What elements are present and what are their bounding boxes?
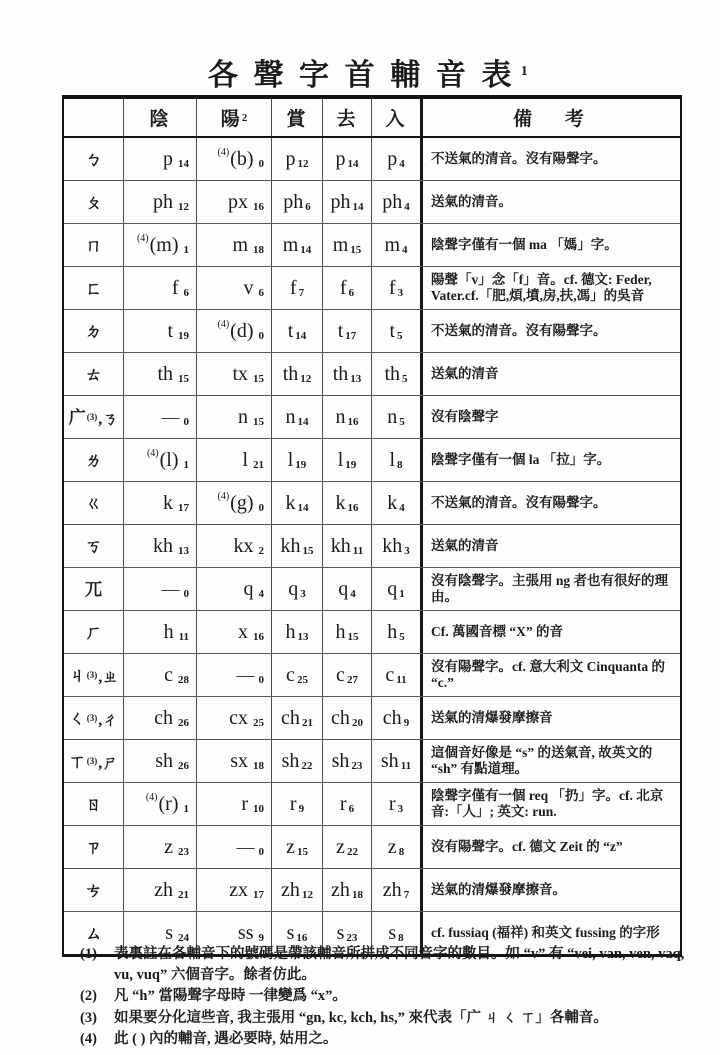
ru-tone-cell: n5	[372, 396, 423, 438]
count-subscript: 15	[253, 374, 264, 385]
symbol-cell: ㄊ	[64, 353, 124, 395]
qu-tone-cell: q4	[323, 568, 372, 610]
qu-tone-cell: zh18	[323, 869, 372, 911]
zhuyin-symbol: ㄅ	[85, 151, 102, 168]
shang-tone-cell: th12	[272, 353, 323, 395]
consonant-value: ch	[383, 708, 402, 728]
zhuyin-symbol-alt: ,ㄋ	[98, 406, 118, 429]
count-subscript: 14	[348, 159, 359, 170]
consonant-value: sh	[381, 751, 399, 771]
consonant-value: n	[336, 407, 346, 427]
consonant-value: m	[333, 235, 349, 255]
shang-tone-cell: z15	[272, 826, 323, 868]
qu-tone-cell: ph14	[323, 181, 372, 223]
consonant-value: z	[286, 837, 295, 857]
zhuyin-symbol: ㄇ	[85, 237, 102, 254]
consonant-value: r	[241, 794, 248, 814]
count-subscript: 6	[349, 804, 355, 815]
zhuyin-symbol-alt: ,ㄓ	[98, 664, 118, 687]
qu-tone-cell: f6	[323, 267, 372, 309]
shang-tone-cell: p12	[272, 138, 323, 180]
count-subscript: 24	[178, 933, 189, 944]
shang-tone-cell: sh22	[272, 740, 323, 782]
table-body: ㄅp14(4)(b)0p12p14p4不送氣的清音。沒有陽聲字。ㄆph12px1…	[64, 138, 680, 954]
count-subscript: 17	[253, 890, 264, 901]
consonant-value: n	[387, 407, 397, 427]
count-subscript: 22	[301, 761, 312, 772]
symbol-cell: ㄎ	[64, 525, 124, 567]
consonant-value: h	[286, 622, 296, 642]
qu-tone-cell: t17	[323, 310, 372, 352]
footnotes: (1)表裏註在各輔音下的號碼是帶該輔音所拼成不同音字的數目。如 “v” 有 “v…	[80, 944, 690, 1051]
count-subscript: 16	[348, 503, 359, 514]
shang-tone-cell: zh12	[272, 869, 323, 911]
consonant-value: kh	[281, 536, 301, 556]
shang-tone-cell: h13	[272, 611, 323, 653]
count-subscript: 16	[296, 933, 307, 944]
count-subscript: 16	[253, 632, 264, 643]
yin-tone-cell: —0	[124, 396, 197, 438]
consonant-value: k	[286, 493, 296, 513]
ru-tone-cell: kh3	[372, 525, 423, 567]
shang-tone-cell: m14	[272, 224, 323, 266]
consonant-value: t	[167, 321, 173, 341]
remark-text: 送氣的清爆發摩擦音	[431, 710, 553, 726]
count-subscript: 3	[398, 288, 404, 299]
yin-tone-cell: p14	[124, 138, 197, 180]
header-qu-tone: 去	[323, 99, 372, 136]
remark-text: 送氣的清音。	[431, 194, 512, 210]
footnote-ref-superscript: (3)	[87, 756, 98, 766]
count-subscript: 6	[184, 288, 190, 299]
yang-tone-cell: v6	[197, 267, 272, 309]
ru-tone-cell: z8	[372, 826, 423, 868]
count-subscript: 15	[348, 632, 359, 643]
zhuyin-symbol: ㄒ	[69, 753, 86, 770]
remark-text: 送氣的清音	[431, 366, 499, 382]
page-title-text: 各聲字首輔音表	[208, 59, 527, 92]
qu-tone-cell: h15	[323, 611, 372, 653]
footnote-ref-superscript: (4)	[147, 449, 159, 459]
remark-cell: 送氣的清音	[423, 353, 680, 395]
footnote-ref-superscript: (3)	[87, 713, 98, 723]
yang-tone-cell: x16	[197, 611, 272, 653]
count-subscript: 14	[300, 245, 311, 256]
yin-tone-cell: (4)(l)1	[124, 439, 197, 481]
footnote-ref-superscript: (4)	[146, 793, 158, 803]
shang-tone-cell: kh15	[272, 525, 323, 567]
footnote: (3)如果要分化這些音, 我主張用 “gn, kc, kch, hs,” 來代表…	[80, 1008, 690, 1029]
symbol-cell: ㄘ	[64, 869, 124, 911]
symbol-cell: ㄅ	[64, 138, 124, 180]
count-subscript: 4	[350, 589, 356, 600]
count-subscript: 23	[351, 761, 362, 772]
count-subscript: 28	[178, 675, 189, 686]
consonant-value: q	[387, 579, 397, 599]
count-subscript: 10	[253, 804, 264, 815]
remark-text: 陰聲字僅有一個 ma 「媽」字。	[431, 237, 618, 253]
zhuyin-symbol: 广	[69, 409, 86, 426]
yang-tone-cell: sx18	[197, 740, 272, 782]
ru-tone-cell: ph4	[372, 181, 423, 223]
remark-text: 不送氣的清音。沒有陽聲字。	[431, 151, 607, 167]
qu-tone-cell: k16	[323, 482, 372, 524]
symbol-cell: ㄉ	[64, 310, 124, 352]
remark-cell: 不送氣的清音。沒有陽聲字。	[423, 310, 680, 352]
yin-tone-cell: kh13	[124, 525, 197, 567]
consonant-value: f	[290, 278, 297, 298]
symbol-cell: ㄫ	[64, 568, 124, 610]
consonant-value: h	[336, 622, 346, 642]
count-subscript: 17	[178, 503, 189, 514]
footnote-ref-superscript: (3)	[87, 670, 98, 680]
table-row: ㄉt19(4)(d)0t14t17t5不送氣的清音。沒有陽聲字。	[64, 310, 680, 353]
zhuyin-symbol: ㄉ	[85, 323, 102, 340]
table-row: ㄑ(3),ㄔch26cx25ch21ch20ch9送氣的清爆發摩擦音	[64, 697, 680, 740]
zhuyin-symbol: ㄆ	[85, 194, 102, 211]
zhuyin-symbol: ㄈ	[85, 280, 102, 297]
remark-cell: 沒有陰聲字。主張用 ng 者也有很好的理由。	[423, 568, 680, 610]
consonant-value: r	[389, 794, 396, 814]
symbol-cell: ㄌ	[64, 439, 124, 481]
footnote: (4)此 ( ) 內的輔音, 遇必要時, 姑用之。	[80, 1029, 690, 1050]
consonant-value: ch	[281, 708, 300, 728]
yang-tone-cell: n15	[197, 396, 272, 438]
consonant-value: z	[164, 837, 173, 857]
count-subscript: 3	[398, 804, 404, 815]
zhuyin-symbol: ㄫ	[85, 581, 102, 598]
consonant-value: ph	[331, 192, 351, 212]
yin-tone-cell: zh21	[124, 869, 197, 911]
header-yin-tone: 陰	[124, 99, 197, 136]
yin-tone-cell: ph12	[124, 181, 197, 223]
consonant-value: q	[338, 579, 348, 599]
count-subscript: 15	[297, 847, 308, 858]
consonant-value: r	[290, 794, 297, 814]
ru-tone-cell: h5	[372, 611, 423, 653]
count-subscript: 4	[404, 202, 410, 213]
count-subscript: 22	[347, 847, 358, 858]
consonant-value: f	[389, 278, 396, 298]
remark-cell: 陰聲字僅有一個 req 「扔」字。cf. 北京音:「人」; 英文: run.	[423, 783, 680, 825]
footnote-marker: (1)	[80, 944, 114, 985]
footnote-marker: (3)	[80, 1008, 114, 1029]
consonant-value: —	[237, 666, 254, 684]
consonant-value: z	[336, 837, 345, 857]
zhuyin-symbol: ㄌ	[85, 452, 102, 469]
count-subscript: 14	[298, 503, 309, 514]
zhuyin-symbol: ㄙ	[85, 925, 102, 942]
shang-tone-cell: f7	[272, 267, 323, 309]
symbol-cell: ㄍ	[64, 482, 124, 524]
count-subscript: 26	[178, 718, 189, 729]
consonant-value: (l)	[160, 450, 179, 470]
table-row: ㄌ(4)(l)1l21l19l19l8陰聲字僅有一個 la 「拉」字。	[64, 439, 680, 482]
consonant-value: —	[162, 580, 179, 598]
ru-tone-cell: p4	[372, 138, 423, 180]
consonant-value: k	[163, 493, 173, 513]
consonant-value: sx	[230, 751, 248, 771]
qu-tone-cell: p14	[323, 138, 372, 180]
consonant-value: kh	[382, 536, 402, 556]
consonant-value: th	[333, 364, 349, 384]
consonant-value: ph	[283, 192, 303, 212]
footnote-text: 凡 “h” 當陽聲字母時 一律變爲 “x”。	[114, 986, 690, 1007]
count-subscript: 18	[352, 890, 363, 901]
remark-cell: 送氣的清爆發摩擦音。	[423, 869, 680, 911]
table-row: 广(3),ㄋ—0n15n14n16n5沒有陰聲字	[64, 396, 680, 439]
ru-tone-cell: t5	[372, 310, 423, 352]
count-subscript: 16	[348, 417, 359, 428]
consonant-value: (b)	[230, 149, 253, 169]
count-subscript: 3	[300, 589, 306, 600]
remark-cell: 陰聲字僅有一個 la 「拉」字。	[423, 439, 680, 481]
remark-text: Cf. 萬國音標 “X” 的音	[431, 624, 563, 640]
count-subscript: 0	[259, 847, 265, 858]
consonant-value: l	[242, 450, 248, 470]
consonant-value: p	[286, 149, 296, 169]
count-subscript: 6	[259, 288, 265, 299]
count-subscript: 6	[305, 202, 311, 213]
count-subscript: 13	[298, 632, 309, 643]
table-row: ㄈf6v6f7f6f3陽聲「v」念「f」音。cf. 德文: Feder, Vat…	[64, 267, 680, 310]
count-subscript: 20	[352, 718, 363, 729]
count-subscript: 8	[399, 847, 405, 858]
footnote-text: 表裏註在各輔音下的號碼是帶該輔音所拼成不同音字的數目。如 “v” 有 “vei,…	[114, 944, 690, 985]
ru-tone-cell: r3	[372, 783, 423, 825]
ru-tone-cell: ch9	[372, 697, 423, 739]
symbol-cell: ㄐ(3),ㄓ	[64, 654, 124, 696]
ru-tone-cell: q1	[372, 568, 423, 610]
consonant-value: s	[165, 923, 173, 943]
yin-tone-cell: ch26	[124, 697, 197, 739]
table-row: ㄅp14(4)(b)0p12p14p4不送氣的清音。沒有陽聲字。	[64, 138, 680, 181]
count-subscript: 4	[402, 245, 408, 256]
count-subscript: 1	[184, 245, 190, 256]
remark-cell: 沒有陽聲字。cf. 意大利文 Cinquanta 的 “c.”	[423, 654, 680, 696]
count-subscript: 2	[259, 546, 265, 557]
consonant-value: zh	[154, 880, 173, 900]
header-yang-tone: 陽2	[197, 99, 272, 136]
consonant-value: (r)	[159, 794, 179, 814]
consonant-value: k	[387, 493, 397, 513]
header-yang-label: 陽	[221, 104, 242, 131]
yang-tone-cell: tx15	[197, 353, 272, 395]
zhuyin-symbol-alt: ,ㄕ	[98, 750, 118, 773]
count-subscript: 16	[253, 202, 264, 213]
shang-tone-cell: ch21	[272, 697, 323, 739]
count-subscript: 19	[345, 460, 356, 471]
consonant-value: l	[338, 450, 344, 470]
ru-tone-cell: th5	[372, 353, 423, 395]
consonant-value: f	[340, 278, 347, 298]
remark-text: 送氣的清爆發摩擦音。	[431, 882, 566, 898]
count-subscript: 0	[259, 331, 265, 342]
footnote-ref-superscript: (4)	[218, 148, 230, 158]
table-row: ㄘzh21zx17zh12zh18zh7送氣的清爆發摩擦音。	[64, 869, 680, 912]
header-qu-label: 去	[336, 104, 357, 131]
consonant-value: (g)	[230, 493, 253, 513]
qu-tone-cell: kh11	[323, 525, 372, 567]
yin-tone-cell: t19	[124, 310, 197, 352]
footnote: (1)表裏註在各輔音下的號碼是帶該輔音所拼成不同音字的數目。如 “v” 有 “v…	[80, 944, 690, 985]
table-row: ㄍk17(4)(g)0k14k16k4不送氣的清音。沒有陽聲字。	[64, 482, 680, 525]
count-subscript: 12	[300, 374, 311, 385]
zhuyin-symbol: ㄐ	[69, 667, 86, 684]
qu-tone-cell: sh23	[323, 740, 372, 782]
yin-tone-cell: z23	[124, 826, 197, 868]
header-yang-footnote-marker: 2	[242, 112, 248, 124]
yang-tone-cell: r10	[197, 783, 272, 825]
count-subscript: 14	[353, 202, 364, 213]
remark-cell: 陰聲字僅有一個 ma 「媽」字。	[423, 224, 680, 266]
footnote-ref-superscript: (4)	[137, 234, 149, 244]
scanned-document-page: 各聲字首輔音表1 陰 陽2 賞 去 入 備 考 ㄅp14(4)(b)0p12p1…	[0, 0, 720, 1055]
consonant-value: sh	[332, 751, 350, 771]
remark-text: 陰聲字僅有一個 req 「扔」字。cf. 北京音:「人」; 英文: run.	[431, 788, 674, 820]
table-header-row: 陰 陽2 賞 去 入 備 考	[64, 99, 680, 138]
count-subscript: 11	[179, 632, 189, 643]
zhuyin-symbol-alt: ,ㄔ	[98, 707, 118, 730]
yang-tone-cell: —0	[197, 654, 272, 696]
count-subscript: 11	[353, 546, 363, 557]
consonant-value: v	[244, 278, 254, 298]
yin-tone-cell: (4)(m)1	[124, 224, 197, 266]
ru-tone-cell: f3	[372, 267, 423, 309]
shang-tone-cell: c25	[272, 654, 323, 696]
count-subscript: 0	[184, 589, 190, 600]
page-title: 各聲字首輔音表1	[0, 50, 720, 94]
remark-text: 不送氣的清音。沒有陽聲字。	[431, 323, 607, 339]
count-subscript: 21	[302, 718, 313, 729]
shang-tone-cell: n14	[272, 396, 323, 438]
header-yin-label: 陰	[149, 104, 170, 131]
consonant-value: s	[287, 923, 295, 943]
shang-tone-cell: ph6	[272, 181, 323, 223]
consonant-value: cx	[229, 708, 248, 728]
qu-tone-cell: r6	[323, 783, 372, 825]
symbol-cell: ㄒ(3),ㄕ	[64, 740, 124, 782]
count-subscript: 9	[299, 804, 305, 815]
yin-tone-cell: th15	[124, 353, 197, 395]
consonant-value: ss	[238, 923, 254, 943]
count-subscript: 7	[404, 890, 410, 901]
count-subscript: 3	[404, 546, 410, 557]
footnote-ref-superscript: (3)	[87, 412, 98, 422]
ru-tone-cell: k4	[372, 482, 423, 524]
count-subscript: 14	[178, 159, 189, 170]
yin-tone-cell: f6	[124, 267, 197, 309]
count-subscript: 27	[347, 675, 358, 686]
remark-cell: Cf. 萬國音標 “X” 的音	[423, 611, 680, 653]
ru-tone-cell: m4	[372, 224, 423, 266]
qu-tone-cell: z22	[323, 826, 372, 868]
header-symbol	[64, 99, 124, 136]
consonant-value: kh	[331, 536, 351, 556]
yang-tone-cell: —0	[197, 826, 272, 868]
footnote-marker: (4)	[80, 1029, 114, 1050]
consonant-value: s	[337, 923, 345, 943]
count-subscript: 6	[349, 288, 355, 299]
consonant-value: ph	[153, 192, 173, 212]
consonant-value: z	[388, 837, 397, 857]
count-subscript: 23	[346, 933, 357, 944]
consonant-table: 陰 陽2 賞 去 入 備 考 ㄅp14(4)(b)0p12p14p4不送氣的清音…	[62, 95, 682, 957]
consonant-value: m	[283, 235, 299, 255]
count-subscript: 23	[178, 847, 189, 858]
symbol-cell: ㄗ	[64, 826, 124, 868]
count-subscript: 12	[302, 890, 313, 901]
consonant-value: kh	[153, 536, 173, 556]
consonant-value: tx	[232, 364, 248, 384]
remark-text: 沒有陰聲字。主張用 ng 者也有很好的理由。	[431, 573, 674, 605]
remark-text: 沒有陽聲字。cf. 意大利文 Cinquanta 的 “c.”	[431, 659, 674, 691]
remark-cell: 沒有陰聲字	[423, 396, 680, 438]
remark-cell: 沒有陽聲字。cf. 德文 Zeit 的 “z”	[423, 826, 680, 868]
zhuyin-symbol: ㄎ	[85, 538, 102, 555]
remark-text: 沒有陽聲字。cf. 德文 Zeit 的 “z”	[431, 839, 623, 855]
qu-tone-cell: c27	[323, 654, 372, 696]
count-subscript: 0	[259, 503, 265, 514]
consonant-value: p	[387, 149, 397, 169]
symbol-cell: ㄖ	[64, 783, 124, 825]
ru-tone-cell: l8	[372, 439, 423, 481]
consonant-value: ph	[382, 192, 402, 212]
consonant-value: f	[172, 278, 179, 298]
remark-text: cf. fussiaq (福祥) 和英文 fussing 的字形	[431, 925, 660, 941]
yin-tone-cell: c28	[124, 654, 197, 696]
count-subscript: 14	[295, 331, 306, 342]
count-subscript: 15	[303, 546, 314, 557]
consonant-value: n	[238, 407, 248, 427]
consonant-value: l	[288, 450, 294, 470]
table-row: ㄖ(4)(r)1r10r9r6r3陰聲字僅有一個 req 「扔」字。cf. 北京…	[64, 783, 680, 826]
yin-tone-cell: (4)(r)1	[124, 783, 197, 825]
zhuyin-symbol: ㄊ	[85, 366, 102, 383]
zhuyin-symbol: ㄏ	[85, 624, 102, 641]
count-subscript: 13	[350, 374, 361, 385]
consonant-value: ch	[331, 708, 350, 728]
count-subscript: 11	[396, 675, 406, 686]
yin-tone-cell: h11	[124, 611, 197, 653]
count-subscript: 26	[178, 761, 189, 772]
yin-tone-cell: k17	[124, 482, 197, 524]
qu-tone-cell: th13	[323, 353, 372, 395]
footnote-text: 如果要分化這些音, 我主張用 “gn, kc, kch, hs,” 來代表「广 …	[114, 1008, 690, 1029]
consonant-value: p	[336, 149, 346, 169]
yang-tone-cell: q4	[197, 568, 272, 610]
consonant-value: zh	[281, 880, 300, 900]
count-subscript: 1	[399, 589, 405, 600]
count-subscript: 15	[178, 374, 189, 385]
consonant-value: r	[340, 794, 347, 814]
remark-text: 沒有陰聲字	[431, 409, 499, 425]
remark-cell: 送氣的清音。	[423, 181, 680, 223]
count-subscript: 5	[399, 632, 405, 643]
count-subscript: 19	[295, 460, 306, 471]
table-row: ㄊth15tx15th12th13th5送氣的清音	[64, 353, 680, 396]
table-row: ㄒ(3),ㄕsh26sx18sh22sh23sh11這個音好像是 “s” 的送氣…	[64, 740, 680, 783]
zhuyin-symbol: ㄗ	[85, 839, 102, 856]
count-subscript: 21	[178, 890, 189, 901]
shang-tone-cell: r9	[272, 783, 323, 825]
consonant-value: l	[389, 450, 395, 470]
consonant-value: p	[163, 149, 173, 169]
count-subscript: 25	[297, 675, 308, 686]
shang-tone-cell: q3	[272, 568, 323, 610]
count-subscript: 4	[259, 589, 265, 600]
remark-cell: 這個音好像是 “s” 的送氣音, 故英文的 “sh” 有點道理。	[423, 740, 680, 782]
